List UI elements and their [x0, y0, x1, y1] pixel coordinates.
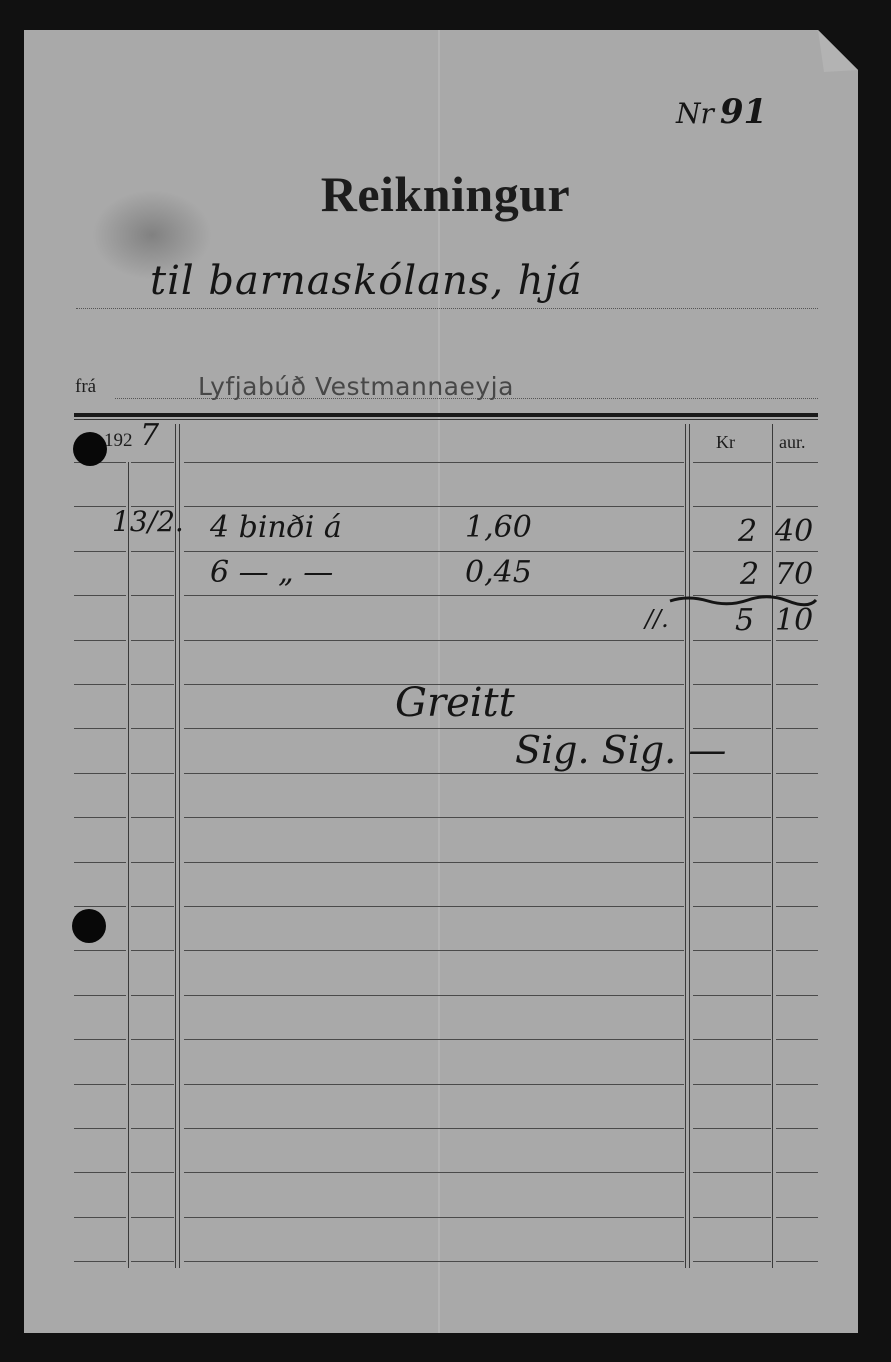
ruled-line	[693, 640, 771, 641]
ruled-line	[131, 595, 174, 596]
date-split-line	[128, 462, 129, 1268]
item-aur: 70	[775, 557, 813, 592]
ruled-line	[184, 862, 684, 863]
ruled-line	[74, 640, 126, 641]
ruled-line	[693, 1039, 771, 1040]
ruled-line	[74, 1084, 126, 1085]
ruled-line	[74, 995, 126, 996]
ruled-line	[74, 773, 126, 774]
folded-corner	[818, 30, 858, 72]
ruled-line	[184, 1084, 684, 1085]
ruled-line	[776, 728, 818, 729]
ruled-line	[776, 773, 818, 774]
ruled-line	[184, 773, 684, 774]
recipient-text: til barnaskólans, hjá	[150, 258, 583, 304]
ruled-line	[131, 1084, 174, 1085]
invoice-number: Nr91	[676, 92, 767, 132]
ruled-line	[131, 1128, 174, 1129]
ruled-line	[184, 640, 684, 641]
ruled-line	[693, 817, 771, 818]
ruled-line	[184, 950, 684, 951]
ruled-line	[74, 1172, 126, 1173]
ruled-line	[693, 1217, 771, 1218]
punch-hole-bottom	[72, 909, 106, 943]
ruled-line	[131, 950, 174, 951]
item-unit-price: 0,45	[465, 555, 532, 590]
ruled-line	[693, 1261, 771, 1262]
ruled-line	[131, 1261, 174, 1262]
total-aur: 10	[775, 603, 813, 638]
ruled-line	[184, 995, 684, 996]
ruled-line	[184, 906, 684, 907]
ruled-line	[776, 506, 818, 507]
aur-column-header: aur.	[779, 432, 806, 453]
ruled-line	[74, 1128, 126, 1129]
invoice-number-label: Nr	[676, 97, 714, 130]
ruled-line	[776, 640, 818, 641]
aur-split-line	[772, 424, 773, 1268]
ruled-line	[776, 462, 818, 463]
ruled-line	[184, 462, 684, 463]
item-kr: 2	[738, 514, 757, 549]
ruled-line	[184, 1261, 684, 1262]
ruled-line	[776, 1039, 818, 1040]
ruled-line	[131, 817, 174, 818]
ruled-line	[776, 684, 818, 685]
punch-hole-top	[73, 432, 107, 466]
ruled-line	[776, 1261, 818, 1262]
document-title: Reikningur	[0, 165, 891, 223]
ruled-line	[693, 906, 771, 907]
ruled-line	[776, 862, 818, 863]
amount-double-line-b	[689, 424, 690, 1268]
date-double-line-b	[179, 424, 180, 1268]
total-mark: //.	[645, 605, 669, 633]
item-aur: 40	[775, 514, 813, 549]
ruled-line	[74, 1217, 126, 1218]
ruled-line	[776, 995, 818, 996]
amount-double-line-a	[685, 424, 686, 1268]
ruled-line	[776, 1217, 818, 1218]
ruled-line	[693, 1084, 771, 1085]
ruled-line	[131, 551, 174, 552]
ruled-line	[184, 1172, 684, 1173]
pharmacy-stamp: Lyfjabúð Vestmannaeyja	[198, 372, 514, 401]
item-description: 4 binði á	[210, 510, 342, 545]
header-rule-thin	[74, 419, 818, 420]
recipient-dotted-line	[76, 308, 818, 309]
ruled-line	[74, 817, 126, 818]
ruled-line	[131, 1217, 174, 1218]
ruled-line	[776, 1172, 818, 1173]
ruled-line	[131, 862, 174, 863]
total-kr: 5	[735, 603, 754, 638]
ruled-line	[131, 773, 174, 774]
ruled-line	[776, 1128, 818, 1129]
ruled-line	[74, 684, 126, 685]
ruled-line	[74, 862, 126, 863]
ruled-line	[693, 1172, 771, 1173]
ruled-line	[74, 950, 126, 951]
ruled-line	[131, 728, 174, 729]
ruled-line	[776, 906, 818, 907]
item-unit-price: 1,60	[465, 510, 532, 545]
ruled-line	[74, 1039, 126, 1040]
kr-column-header: Kr	[716, 432, 735, 453]
ruled-line	[131, 462, 174, 463]
ruled-line	[693, 551, 771, 552]
ruled-line	[693, 1128, 771, 1129]
ruled-line	[184, 595, 684, 596]
ruled-line	[693, 773, 771, 774]
date-double-line-a	[175, 424, 176, 1268]
ruled-line	[693, 862, 771, 863]
ruled-line	[131, 640, 174, 641]
ruled-line	[776, 551, 818, 552]
ruled-line	[693, 684, 771, 685]
item-kr: 2	[740, 557, 759, 592]
signature: Sig. Sig. —	[515, 728, 726, 772]
ruled-line	[776, 950, 818, 951]
ruled-line	[131, 1172, 174, 1173]
ruled-line	[74, 728, 126, 729]
ruled-line	[693, 950, 771, 951]
ruled-line	[184, 506, 684, 507]
ruled-line	[693, 995, 771, 996]
ruled-line	[693, 462, 771, 463]
ruled-line	[131, 995, 174, 996]
ruled-line	[74, 551, 126, 552]
paid-note: Greitt	[395, 680, 515, 726]
ruled-line	[131, 684, 174, 685]
ruled-line	[184, 1217, 684, 1218]
ruled-line	[131, 906, 174, 907]
ruled-line	[184, 1039, 684, 1040]
ruled-line	[184, 1128, 684, 1129]
year-suffix: 7	[140, 418, 159, 453]
ruled-line	[131, 1039, 174, 1040]
invoice-number-value: 91	[720, 92, 767, 132]
ruled-line	[74, 906, 126, 907]
item-description: 6 — „ —	[210, 555, 333, 590]
ruled-line	[184, 817, 684, 818]
ruled-line	[776, 817, 818, 818]
ruled-line	[74, 1261, 126, 1262]
header-rule	[74, 413, 818, 417]
ruled-line	[776, 1084, 818, 1085]
from-label: frá	[75, 376, 96, 398]
ruled-line	[693, 506, 771, 507]
year-prefix: 192	[104, 430, 133, 452]
item-date: 13/2.	[112, 505, 184, 538]
ruled-line	[184, 551, 684, 552]
ruled-line	[74, 595, 126, 596]
